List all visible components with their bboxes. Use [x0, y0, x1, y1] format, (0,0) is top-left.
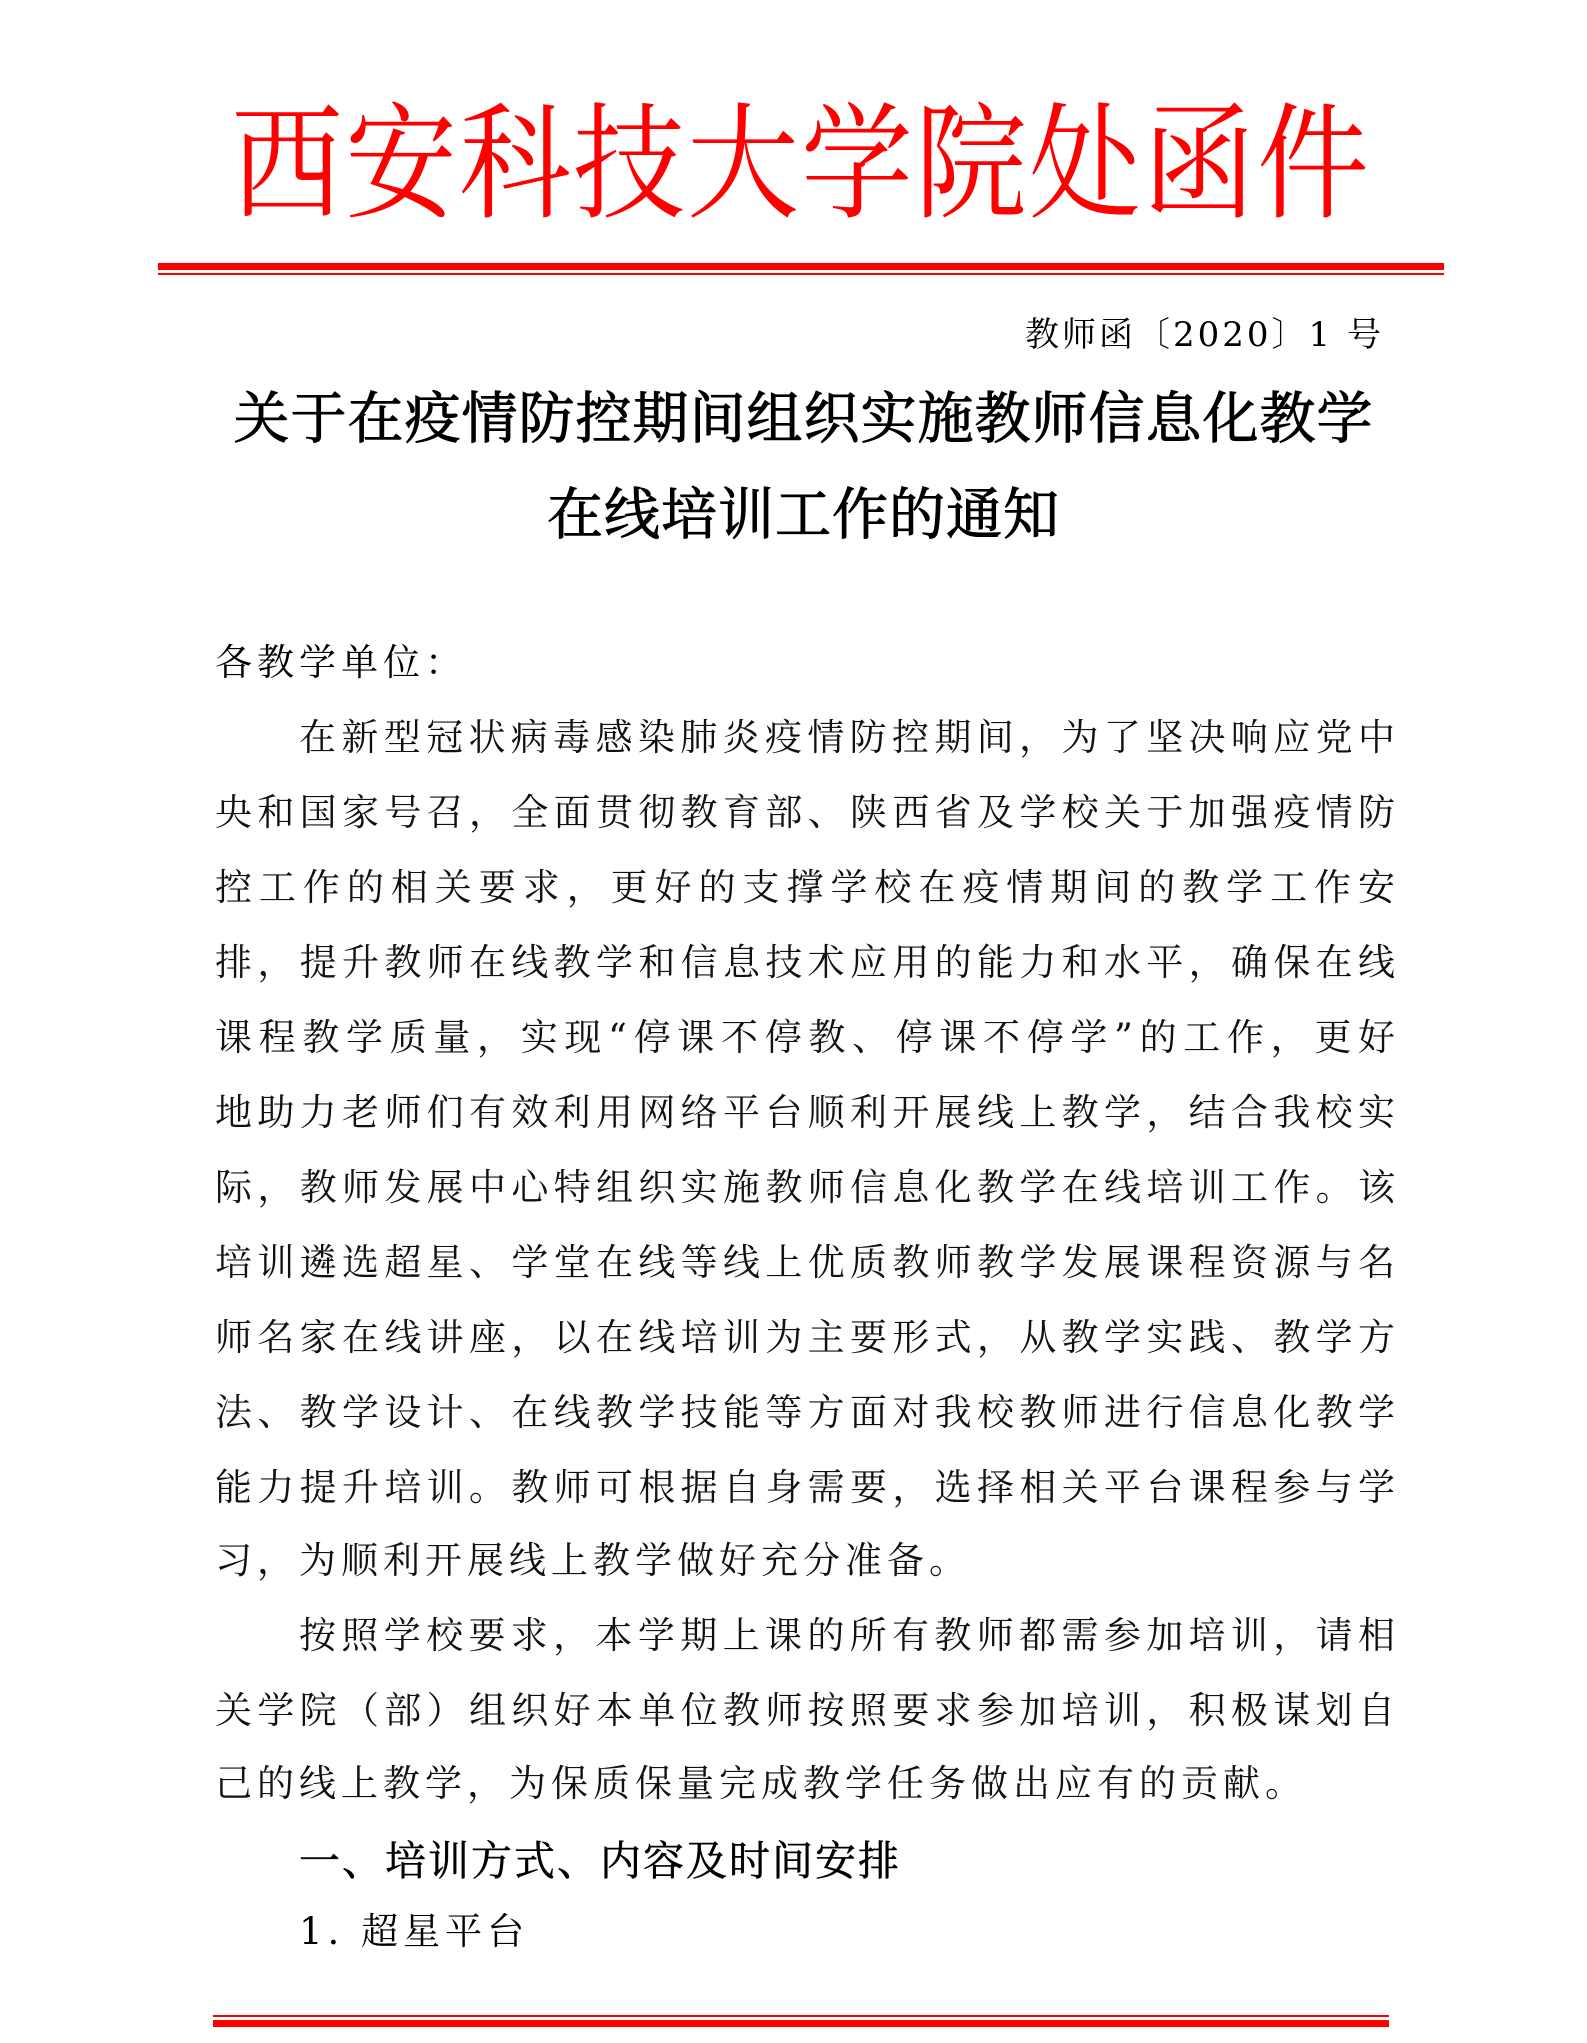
paragraph-line: 习，为顺利开展线上教学做好充分准备。: [215, 1536, 1395, 1586]
document-number: 教师函〔2020〕1 号: [1025, 318, 1384, 352]
headline-line-1: 关于在疫情防控期间组织实施教师信息化教学: [216, 390, 1391, 450]
salutation: 各教学单位：: [215, 638, 467, 688]
paragraph-line: 按照学校要求，本学期上课的所有教师都需参加培训，请相: [299, 1611, 1395, 1661]
bottom-rule-thick: [213, 2020, 1389, 2027]
paragraph-line: 在新型冠状病毒感染肺炎疫情防控期间，为了坚决响应党中: [299, 713, 1395, 763]
section-heading: 一、培训方式、内容及时间安排: [299, 1836, 901, 1886]
sub-heading: 1. 超星平台: [299, 1907, 529, 1957]
paragraph-line: 课程教学质量，实现“停课不停教、停课不停学”的工作，更好: [215, 1013, 1395, 1063]
paragraph-line: 能力提升培训。教师可根据自身需要，选择相关平台课程参与学: [215, 1463, 1395, 1513]
headline-line-2: 在线培训工作的通知: [216, 486, 1391, 546]
top-rule-thick: [158, 263, 1444, 270]
paragraph-line: 培训遴选超星、学堂在线等线上优质教师教学发展课程资源与名: [215, 1238, 1395, 1288]
paragraph-line: 关学院（部）组织好本单位教师按照要求参加培训，积极谋划自: [215, 1686, 1395, 1736]
paragraph-line: 己的线上教学，为保质保量完成教学任务做出应有的贡献。: [215, 1759, 1395, 1809]
paragraph-line: 排，提升教师在线教学和信息技术应用的能力和水平，确保在线: [215, 938, 1395, 988]
document-page: 西安科技大学院处函件 教师函〔2020〕1 号 关于在疫情防控期间组织实施教师信…: [0, 0, 1587, 2043]
paragraph-line: 师名家在线讲座，以在线培训为主要形式，从教学实践、教学方: [215, 1313, 1395, 1363]
letterhead-title: 西安科技大学院处函件: [158, 92, 1444, 238]
top-rule-thin: [158, 273, 1444, 275]
paragraph-line: 际，教师发展中心特组织实施教师信息化教学在线培训工作。该: [215, 1163, 1395, 1213]
paragraph-line: 央和国家号召，全面贯彻教育部、陕西省及学校关于加强疫情防: [215, 788, 1395, 838]
paragraph-line: 法、教学设计、在线教学技能等方面对我校教师进行信息化教学: [215, 1388, 1395, 1438]
paragraph-line: 地助力老师们有效利用网络平台顺利开展线上教学，结合我校实: [215, 1088, 1395, 1138]
paragraph-line: 控工作的相关要求，更好的支撑学校在疫情期间的教学工作安: [215, 863, 1395, 913]
bottom-rule-thin: [213, 2015, 1389, 2017]
